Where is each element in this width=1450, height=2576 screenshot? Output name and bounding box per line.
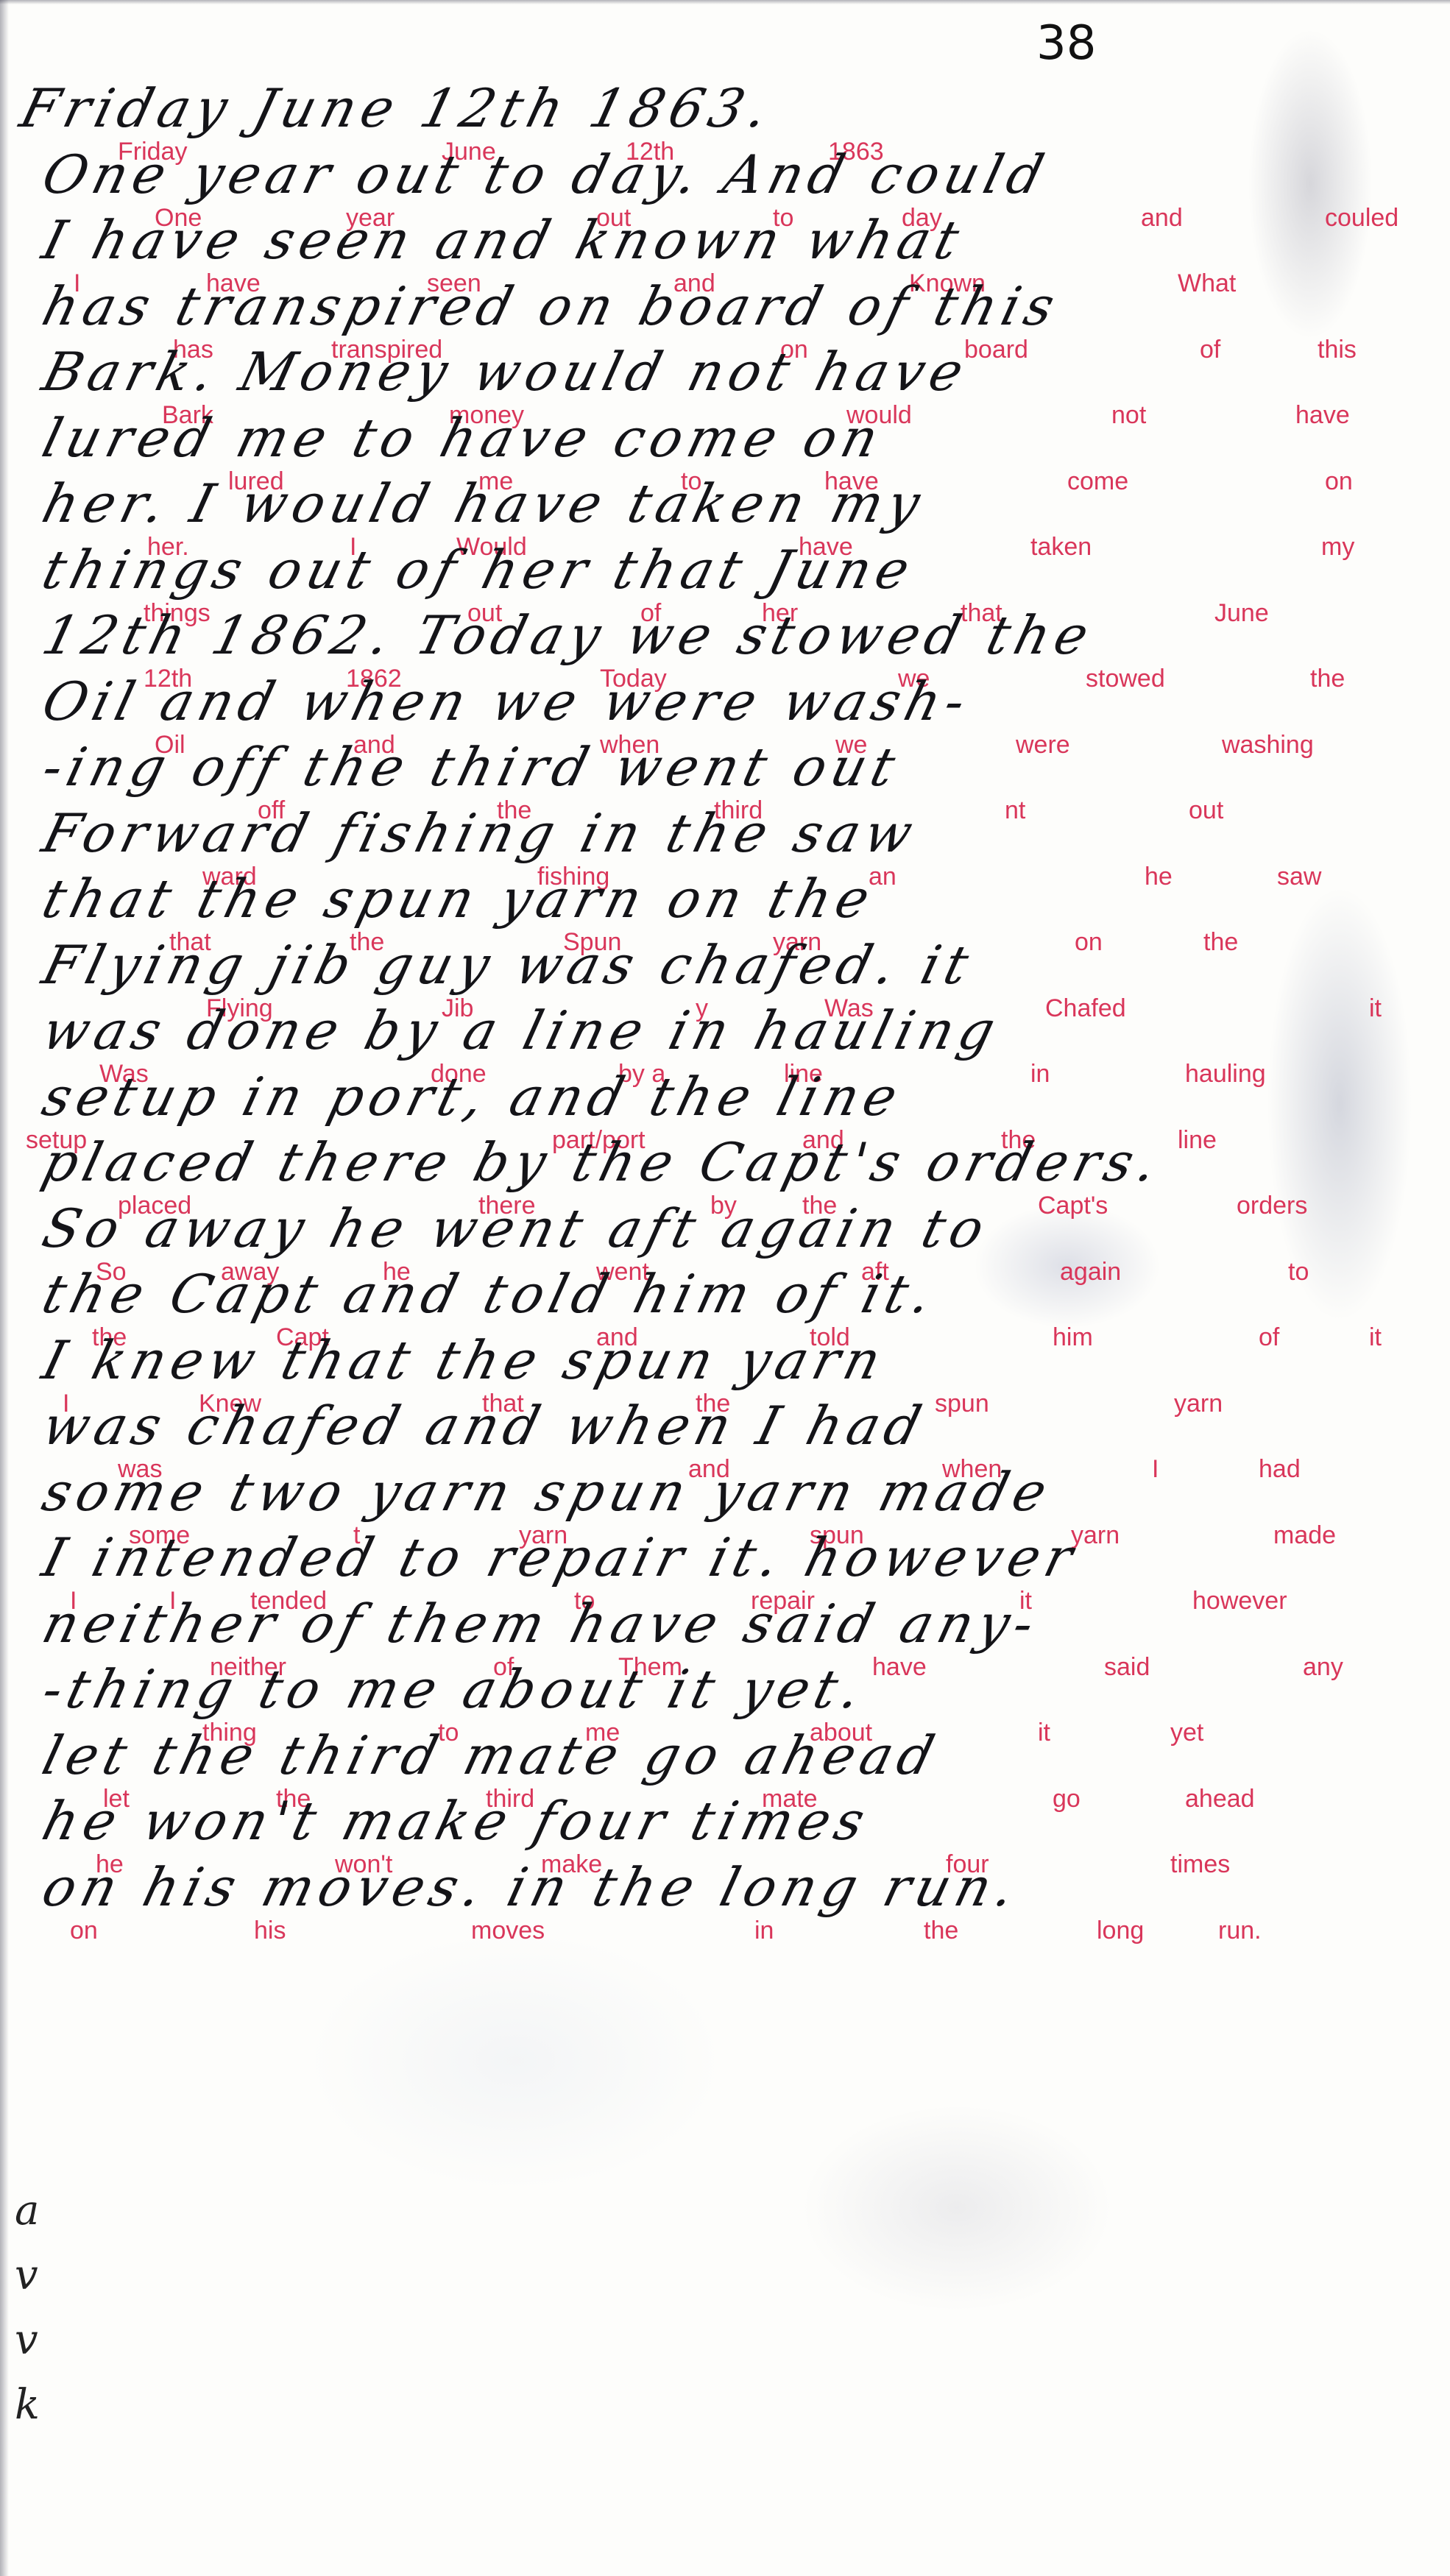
handwritten-text: some two yarn spun yarn made: [37, 1461, 1059, 1523]
handwritten-text: he won't make four times: [37, 1790, 877, 1852]
handwritten-text: let the third mate go ahead: [37, 1724, 947, 1786]
handwritten-text: neither of them have said any-: [37, 1593, 1047, 1655]
journal-line: on his moves. in the long run.onhismoves…: [7, 1856, 1406, 1967]
handwritten-text: So away he went aft again to: [37, 1197, 997, 1259]
handwritten-text: I knew that the spun yarn: [37, 1329, 893, 1391]
transcription-word: moves: [471, 1917, 545, 1945]
handwritten-text: that the spun yarn on the: [37, 868, 882, 930]
transcription-word: the: [924, 1917, 958, 1945]
handwritten-text: her. I would have taken my: [37, 473, 933, 534]
margin-marks: avvk: [15, 2179, 74, 2438]
handwritten-text: was chafed and when I had: [37, 1395, 933, 1457]
handwritten-text: Oil and when we were wash-: [37, 670, 978, 732]
handwritten-text: 12th 1862. Today we stowed the: [37, 604, 1101, 666]
handwritten-text: One year out to day. And could: [37, 144, 1055, 205]
handwritten-text: I have seen and known what: [37, 209, 972, 271]
page-number: 38: [1036, 16, 1096, 71]
margin-mark: v: [15, 2308, 74, 2373]
margin-mark: v: [15, 2243, 74, 2308]
handwritten-text: the Capt and told him of it.: [37, 1263, 944, 1325]
handwritten-text: I intended to repair it. however: [37, 1526, 1085, 1588]
transcription-word: in: [754, 1917, 774, 1945]
handwritten-text: Flying jib guy was chafed. it: [37, 934, 980, 996]
margin-mark: k: [15, 2373, 74, 2438]
handwritten-text: has transpired on board of this: [37, 275, 1067, 337]
handwritten-text: -ing off the third went out: [37, 736, 908, 798]
handwritten-text: was done by a line in hauling: [37, 999, 1008, 1061]
handwritten-text: placed there by the Capt's orders.: [37, 1131, 1170, 1193]
handwritten-text: -thing to me about it yet.: [37, 1658, 873, 1720]
transcription-row: onhismovesinthelongrun.: [7, 1917, 1406, 1961]
journal-page: 38 Friday June 12th 1863.FridayJune12th1…: [0, 0, 1450, 2576]
handwritten-text: setup in port, and the line: [37, 1066, 910, 1128]
handwritten-text: Bark. Money would not have: [37, 341, 976, 403]
handwritten-text: lured me to have come on: [37, 407, 891, 469]
page-edge-shadow-top: [0, 0, 1450, 4]
handwritten-text: things out of her that June: [37, 539, 922, 601]
handwritten-text: Friday June 12th 1863.: [15, 77, 780, 139]
transcription-word: on: [70, 1917, 98, 1945]
handwritten-text: on his moves. in the long run.: [37, 1856, 1027, 1918]
handwritten-text: Forward fishing in the saw: [37, 802, 925, 864]
transcription-word: run.: [1218, 1917, 1262, 1945]
transcription-word: long: [1097, 1917, 1144, 1945]
transcription-word: his: [254, 1917, 286, 1945]
margin-mark: a: [15, 2179, 74, 2243]
